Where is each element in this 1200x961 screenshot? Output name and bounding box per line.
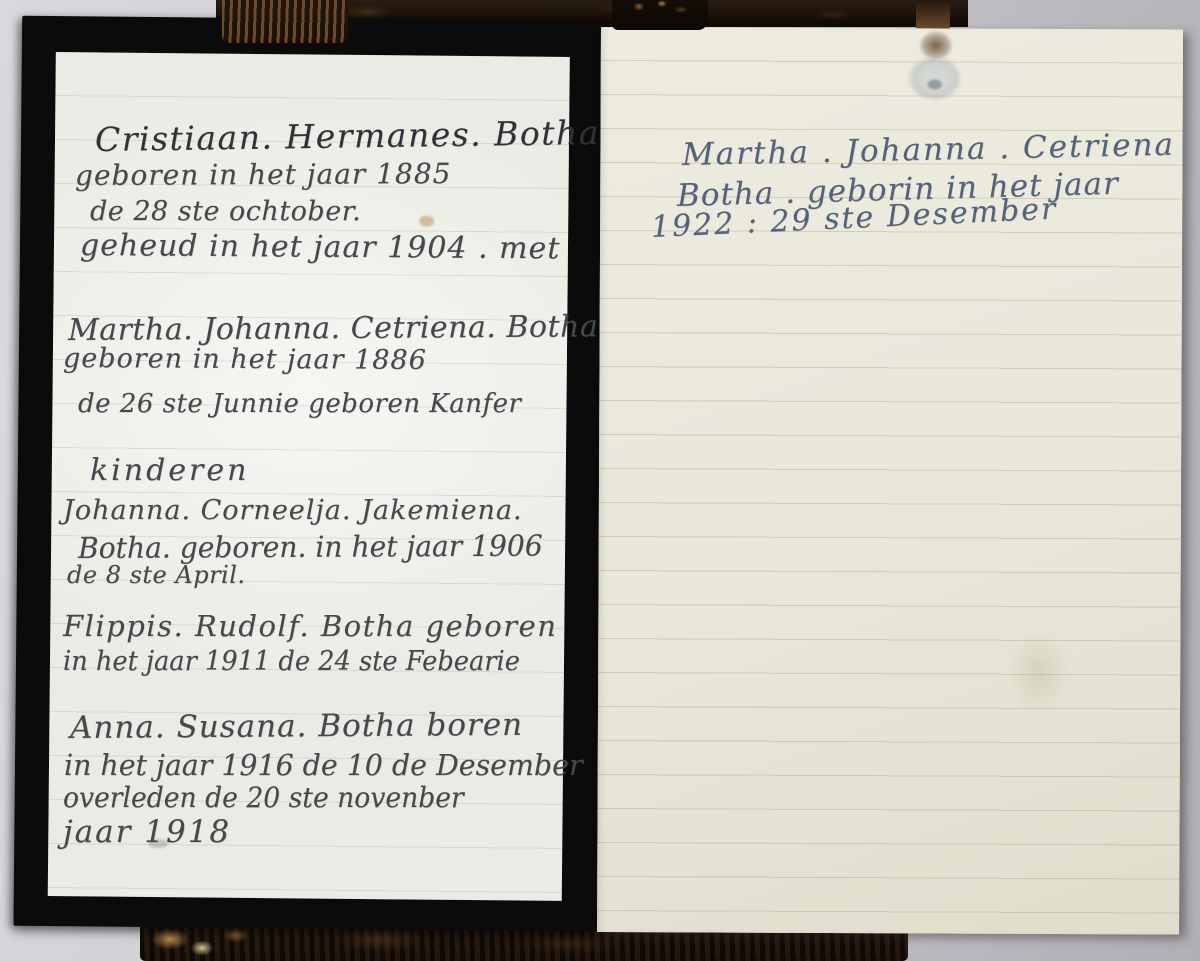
paper-stain [996,615,1082,730]
card-paper [48,52,570,901]
paper-stain [899,48,971,108]
book-spine-nub [612,0,708,30]
paper-stain [419,216,434,227]
scanned-document: Cristiaan. Hermanes. Botha geboren in he… [0,0,1200,961]
book-spine-headband [222,0,348,43]
left-page-mourning-card [13,16,606,932]
right-page-notebook-leaf [597,27,1183,935]
paper-stain [148,839,168,848]
